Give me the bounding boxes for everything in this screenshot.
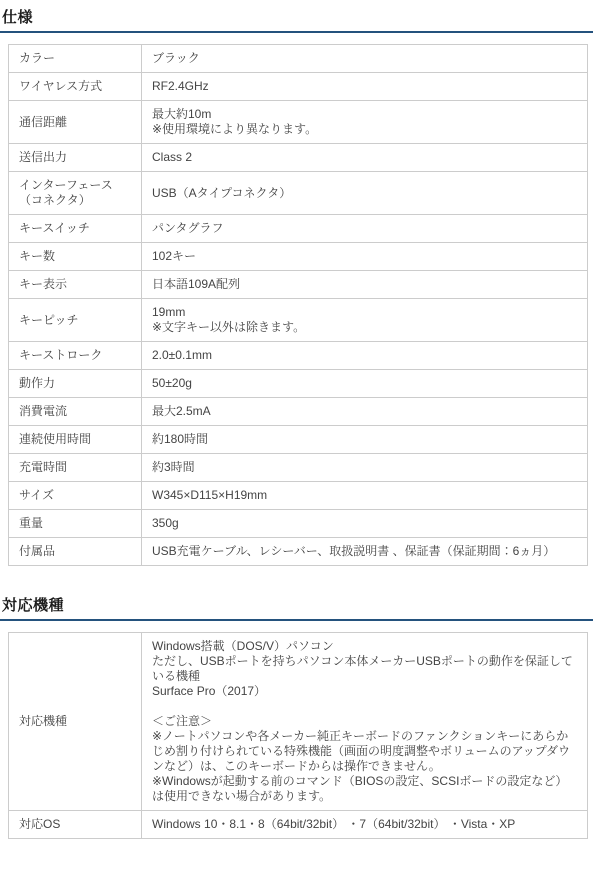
spec-value: Class 2 — [142, 144, 587, 171]
spec-page: 仕様 カラー ブラック ワイヤレス方式 RF2.4GHz 通信距離 最大約10m… — [0, 0, 600, 879]
spec-label: 付属品 — [9, 538, 142, 565]
spec-value-line: ※使用環境により異なります。 — [152, 122, 577, 137]
spec-label: 連続使用時間 — [9, 426, 142, 453]
spec-value-line: 約180時間 — [152, 432, 577, 447]
spec-value-line: ただし、USBポートを持ちパソコン本体メーカーUSBポートの動作を保証している機… — [152, 654, 577, 684]
spec-row: 重量 350g — [9, 510, 587, 538]
spec-value: RF2.4GHz — [142, 73, 587, 100]
spec-value: USB（Aタイプコネクタ） — [142, 172, 587, 214]
spec-value-line: 最大2.5mA — [152, 404, 577, 419]
spec-row: 消費電流 最大2.5mA — [9, 398, 587, 426]
spec-value-line: Windows 10・8.1・8（64bit/32bit） ・7（64bit/3… — [152, 817, 577, 832]
section-title-specifications: 仕様 — [0, 4, 593, 33]
spec-row: 付属品 USB充電ケーブル、レシーバー、取扱説明書 、保証書（保証期間：6ヵ月） — [9, 538, 587, 566]
spec-value-line: ブラック — [152, 51, 577, 66]
spec-value: 最大2.5mA — [142, 398, 587, 425]
spec-label: 動作力 — [9, 370, 142, 397]
spec-value-line: 102キー — [152, 249, 577, 264]
spec-value-line: USB充電ケーブル、レシーバー、取扱説明書 、保証書（保証期間：6ヵ月） — [152, 544, 577, 559]
spec-row: ワイヤレス方式 RF2.4GHz — [9, 73, 587, 101]
spec-label: キースイッチ — [9, 215, 142, 242]
spec-label: 充電時間 — [9, 454, 142, 481]
spec-value: 2.0±0.1mm — [142, 342, 587, 369]
spec-row: 送信出力 Class 2 — [9, 144, 587, 172]
spec-value-line: パンタグラフ — [152, 221, 577, 236]
spec-row: キー表示 日本語109A配列 — [9, 271, 587, 299]
section-title-compatibility: 対応機種 — [0, 592, 593, 621]
spec-value-line: USB（Aタイプコネクタ） — [152, 186, 577, 201]
spec-value-line: ＜ご注意＞ — [152, 714, 577, 729]
spec-label: 送信出力 — [9, 144, 142, 171]
spec-value: Windows搭載（DOS/V）パソコンただし、USBポートを持ちパソコン本体メ… — [142, 633, 587, 810]
spec-value-line: ※ノートパソコンや各メーカー純正キーボードのファンクションキーにあらかじめ割り付… — [152, 729, 577, 774]
spec-value: 350g — [142, 510, 587, 537]
spec-label: キーピッチ — [9, 299, 142, 341]
section-compatibility: 対応機種 対応機種 Windows搭載（DOS/V）パソコンただし、USBポート… — [0, 592, 600, 839]
spec-value-line: 日本語109A配列 — [152, 277, 577, 292]
spec-label: カラー — [9, 45, 142, 72]
spec-value-line: Surface Pro（2017） — [152, 684, 577, 699]
spec-label: 対応OS — [9, 811, 142, 838]
spec-label: ワイヤレス方式 — [9, 73, 142, 100]
spec-row: サイズ W345×D115×H19mm — [9, 482, 587, 510]
spec-table-specifications: カラー ブラック ワイヤレス方式 RF2.4GHz 通信距離 最大約10m※使用… — [8, 44, 588, 566]
spec-value: ブラック — [142, 45, 587, 72]
spec-value-line: RF2.4GHz — [152, 79, 577, 94]
spec-label: キーストローク — [9, 342, 142, 369]
spec-value: W345×D115×H19mm — [142, 482, 587, 509]
spec-value: USB充電ケーブル、レシーバー、取扱説明書 、保証書（保証期間：6ヵ月） — [142, 538, 587, 565]
spec-value: 50±20g — [142, 370, 587, 397]
spec-value: 最大約10m※使用環境により異なります。 — [142, 101, 587, 143]
spec-row: カラー ブラック — [9, 45, 587, 73]
spec-value-line: 19mm — [152, 305, 577, 320]
spec-value-line — [152, 699, 577, 714]
spec-value: 102キー — [142, 243, 587, 270]
spec-value-line: 50±20g — [152, 376, 577, 391]
section-specifications: 仕様 カラー ブラック ワイヤレス方式 RF2.4GHz 通信距離 最大約10m… — [0, 4, 600, 566]
spec-row: 充電時間 約3時間 — [9, 454, 587, 482]
spec-value: 約3時間 — [142, 454, 587, 481]
spec-value: Windows 10・8.1・8（64bit/32bit） ・7（64bit/3… — [142, 811, 587, 838]
spec-value-line: ※文字キー以外は除きます。 — [152, 320, 577, 335]
spec-row: キーピッチ 19mm※文字キー以外は除きます。 — [9, 299, 587, 342]
spec-label: 対応機種 — [9, 633, 142, 810]
spec-value-line: W345×D115×H19mm — [152, 488, 577, 503]
spec-value-line: ※Windowsが起動する前のコマンド（BIOSの設定、SCSIボードの設定など… — [152, 774, 577, 804]
spec-value-line: 2.0±0.1mm — [152, 348, 577, 363]
spec-value: 日本語109A配列 — [142, 271, 587, 298]
spec-row: インターフェース（コネクタ） USB（Aタイプコネクタ） — [9, 172, 587, 215]
spec-label: インターフェース（コネクタ） — [9, 172, 142, 214]
spec-row: キーストローク 2.0±0.1mm — [9, 342, 587, 370]
spec-row: 対応機種 Windows搭載（DOS/V）パソコンただし、USBポートを持ちパソ… — [9, 633, 587, 811]
spec-label: サイズ — [9, 482, 142, 509]
spec-label: キー数 — [9, 243, 142, 270]
spec-row: キー数 102キー — [9, 243, 587, 271]
spec-value: パンタグラフ — [142, 215, 587, 242]
spec-value-line: 350g — [152, 516, 577, 531]
spec-value-line: Windows搭載（DOS/V）パソコン — [152, 639, 577, 654]
spec-label: 通信距離 — [9, 101, 142, 143]
spec-row: 通信距離 最大約10m※使用環境により異なります。 — [9, 101, 587, 144]
spec-label: キー表示 — [9, 271, 142, 298]
spec-label: 消費電流 — [9, 398, 142, 425]
spec-value-line: Class 2 — [152, 150, 577, 165]
spec-value: 19mm※文字キー以外は除きます。 — [142, 299, 587, 341]
spec-row: 動作力 50±20g — [9, 370, 587, 398]
spec-row: 対応OS Windows 10・8.1・8（64bit/32bit） ・7（64… — [9, 811, 587, 839]
spec-label: 重量 — [9, 510, 142, 537]
spec-value: 約180時間 — [142, 426, 587, 453]
spec-row: 連続使用時間 約180時間 — [9, 426, 587, 454]
spec-value-line: 最大約10m — [152, 107, 577, 122]
spec-value-line: 約3時間 — [152, 460, 577, 475]
spec-row: キースイッチ パンタグラフ — [9, 215, 587, 243]
